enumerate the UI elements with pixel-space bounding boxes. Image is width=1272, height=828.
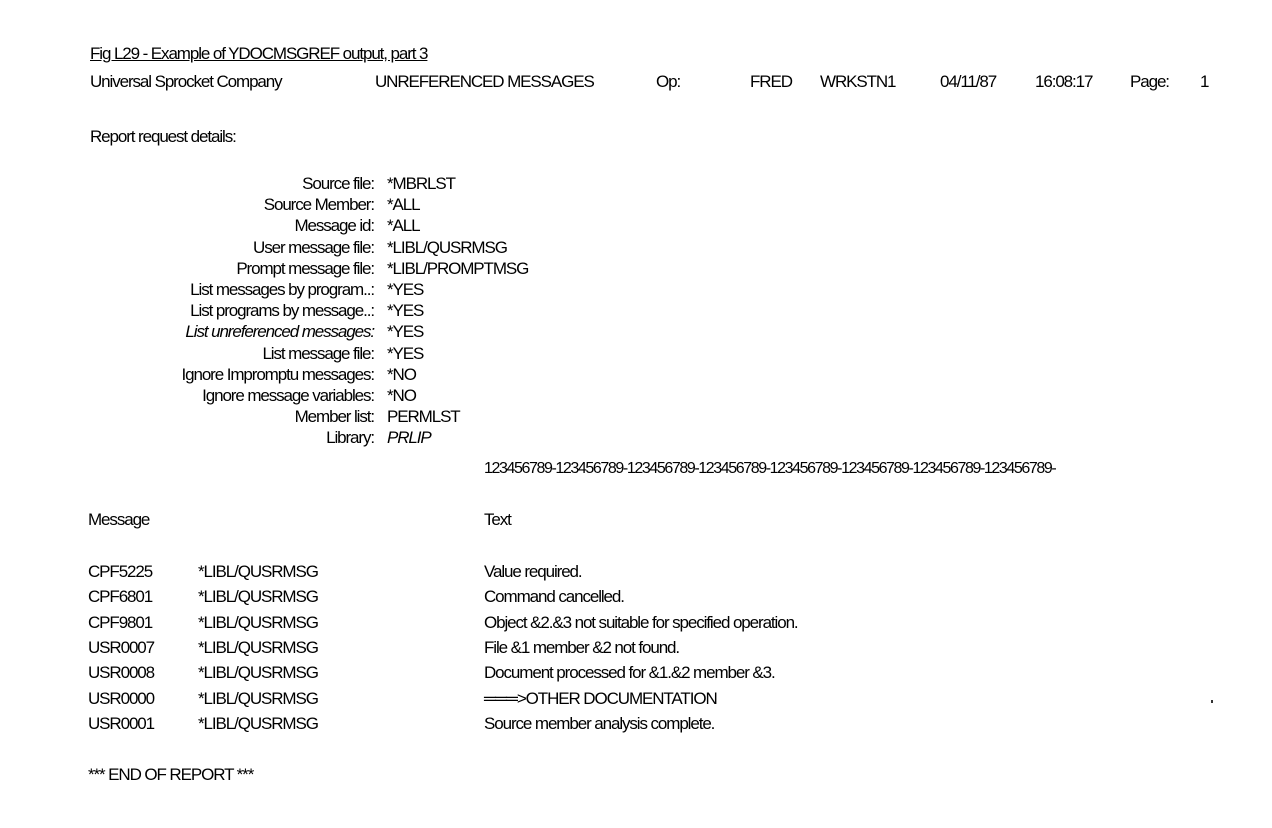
request-label: List programs by message..: (190, 301, 374, 321)
request-value: *YES (387, 280, 423, 300)
message-file: *LIBL/QUSRMSG (198, 689, 318, 709)
page-number: 1 (1200, 72, 1208, 92)
report-date: 04/11/87 (940, 72, 996, 92)
request-label: Ignore message variables: (202, 386, 374, 406)
message-text: Command cancelled. (484, 587, 624, 607)
request-value: *NO (387, 386, 416, 406)
message-id: USR0001 (88, 714, 154, 734)
request-value: PERMLST (387, 407, 460, 427)
stray-mark (1211, 700, 1213, 703)
request-label: Message id: (294, 216, 374, 236)
message-id: USR0007 (88, 638, 154, 658)
request-label: Member list: (295, 407, 374, 427)
request-value: *YES (387, 344, 423, 364)
message-column-header: Message (88, 510, 149, 530)
message-text: Object &2.&3 not suitable for specified … (484, 613, 798, 633)
message-file: *LIBL/QUSRMSG (198, 562, 318, 582)
report-time: 16:08:17 (1035, 72, 1092, 92)
message-id: USR0008 (88, 663, 154, 683)
message-file: *LIBL/QUSRMSG (198, 587, 318, 607)
message-id: USR0000 (88, 689, 154, 709)
company-name: Universal Sprocket Company (90, 72, 282, 92)
message-id: CPF9801 (88, 613, 152, 633)
message-id: CPF5225 (88, 562, 152, 582)
column-ruler: 123456789-123456789-123456789-123456789-… (484, 459, 1055, 479)
request-value: PRLIP (387, 428, 431, 448)
request-value: *ALL (387, 216, 419, 236)
report-name: UNREFERENCED MESSAGES (375, 72, 594, 92)
request-value: *ALL (387, 195, 419, 215)
request-heading: Report request details: (90, 127, 236, 147)
message-text: Value required. (484, 562, 582, 582)
message-text: Source member analysis complete. (484, 714, 714, 734)
message-file: *LIBL/QUSRMSG (198, 714, 318, 734)
request-value: *YES (387, 301, 423, 321)
message-file: *LIBL/QUSRMSG (198, 638, 318, 658)
workstation: WRKSTN1 (820, 72, 895, 92)
end-of-report: *** END OF REPORT *** (88, 765, 253, 785)
request-value: *NO (387, 365, 416, 385)
request-value: *YES (387, 322, 423, 342)
request-label: List messages by program..: (190, 280, 374, 300)
request-label: Prompt message file: (236, 259, 374, 279)
request-label: List unreferenced messages: (185, 322, 374, 342)
message-file: *LIBL/QUSRMSG (198, 663, 318, 683)
message-text: File &1 member &2 not found. (484, 638, 679, 658)
request-label: Source file: (302, 174, 374, 194)
user-name: FRED (750, 72, 792, 92)
request-label: Ignore Impromptu messages: (182, 365, 375, 385)
message-text: Document processed for &1.&2 member &3. (484, 663, 775, 683)
message-text: ═══>OTHER DOCUMENTATION (484, 689, 717, 709)
op-label: Op: (656, 72, 680, 92)
request-label: User message file: (253, 238, 374, 258)
request-label: List message file: (262, 344, 374, 364)
request-label: Source Member: (264, 195, 374, 215)
message-file: *LIBL/QUSRMSG (198, 613, 318, 633)
text-column-header: Text (484, 510, 511, 530)
page-label: Page: (1130, 72, 1169, 92)
request-value: *MBRLST (387, 174, 455, 194)
figure-title: Fig L29 - Example of YDOCMSGREF output, … (90, 44, 427, 64)
request-value: *LIBL/PROMPTMSG (387, 259, 528, 279)
request-value: *LIBL/QUSRMSG (387, 238, 507, 258)
request-label: Library: (326, 428, 374, 448)
message-id: CPF6801 (88, 587, 152, 607)
